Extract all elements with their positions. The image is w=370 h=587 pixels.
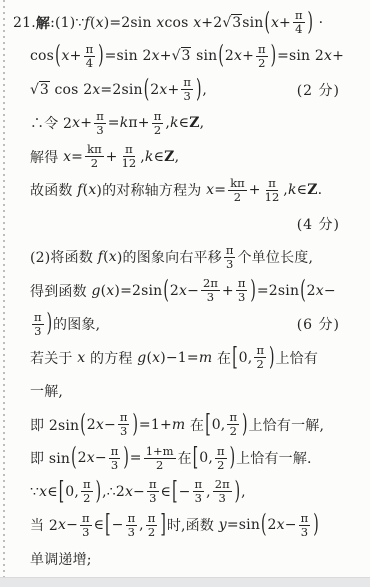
fraction-numerator: π	[109, 445, 121, 459]
math-text: 2	[78, 450, 87, 466]
math-text: 当 2	[30, 515, 58, 535]
stretched-delimiter: [	[104, 511, 111, 540]
fraction: π2	[227, 411, 239, 438]
math-text: 时,函数	[167, 515, 219, 535]
stretched-delimiter: )	[241, 410, 248, 439]
stretched-delimiter: (	[162, 276, 169, 305]
math-variable: x	[88, 182, 96, 198]
math-bold-text: Z	[189, 115, 199, 131]
math-text: 2	[170, 283, 179, 299]
fraction: π3	[32, 311, 44, 338]
math-variable: x	[271, 15, 279, 31]
fraction: π3	[224, 244, 236, 271]
math-text: )−1=	[160, 350, 199, 366]
math-text: 上恰有一解.	[236, 448, 312, 468]
math-text: +2	[201, 15, 222, 31]
stretched-delimiter: ]	[159, 511, 166, 540]
fraction-numerator: π	[126, 512, 138, 526]
fraction: 2π3	[213, 478, 232, 505]
math-variable: x	[96, 417, 104, 433]
stretched-delimiter: )	[312, 511, 319, 540]
math-text: π+	[128, 115, 149, 131]
stretched-delimiter: )	[95, 477, 102, 506]
fraction: π3	[299, 512, 311, 539]
math-line: 即 2sin(2x−π3)=1+m 在[0,π2)上恰有一解,	[30, 408, 366, 442]
fraction: π3	[94, 110, 106, 137]
math-text: 0,	[239, 350, 253, 366]
stretched-delimiter: )	[46, 310, 53, 339]
math-variable: g	[91, 283, 100, 299]
page-edge-perforation	[3, 0, 5, 578]
math-text: 故函数	[30, 180, 77, 200]
math-line: π3)的图象,(6 分)	[30, 308, 366, 342]
solution-lines: 21.解:(1)∵f(x)=2sin xcos x+2√3sin(x+π4) ·…	[13, 6, 366, 576]
math-text: =	[71, 149, 83, 165]
stretched-delimiter: (	[299, 276, 306, 305]
math-text: 21.	[13, 15, 36, 31]
fraction-numerator: kπ	[228, 177, 247, 191]
math-variable: x	[193, 15, 201, 31]
math-text: (2)将函数	[30, 247, 98, 267]
fraction: 1+m2	[144, 445, 176, 472]
fraction-denominator: 3	[126, 526, 137, 539]
math-text: )的图象向右平移	[117, 247, 222, 267]
math-text: +	[167, 82, 179, 98]
math-text: +	[70, 48, 82, 64]
math-line: 一解,	[30, 375, 366, 409]
radicand: 3	[231, 14, 242, 31]
stretched-delimiter: (	[260, 511, 267, 540]
fraction-denominator: 3	[299, 526, 310, 539]
math-text: ∈	[161, 484, 172, 500]
math-variable: x	[106, 283, 114, 299]
math-variable: y	[219, 517, 227, 533]
fraction-numerator: π	[256, 43, 268, 57]
fraction: π3	[109, 445, 121, 472]
math-text: ∵	[30, 484, 39, 500]
fraction: π2	[256, 43, 268, 70]
fraction-denominator: 3	[94, 124, 105, 137]
fraction-denominator: 2	[146, 526, 157, 539]
score-marker: (2 分)	[297, 80, 340, 100]
fraction-denominator: 2	[154, 459, 165, 472]
math-line: (4 分)	[30, 207, 366, 241]
fraction-numerator: π	[181, 76, 193, 90]
math-line: ∵x∈[0,π2),∴2x−π3∈[−π3,2π3),	[30, 475, 366, 509]
math-text: −	[285, 517, 297, 533]
fraction: 2π3	[201, 277, 220, 304]
math-variable: x	[39, 484, 47, 500]
math-text: 0,	[199, 450, 213, 466]
stretched-delimiter: )	[270, 42, 277, 71]
fraction-numerator: π	[236, 277, 248, 291]
math-line: 解得 x=kπ2+π12,k∈Z,	[30, 140, 366, 174]
math-text: =sin	[227, 517, 260, 533]
stretched-delimiter: [	[192, 444, 199, 473]
fraction-numerator: π	[193, 478, 205, 492]
math-text: 解得	[30, 147, 63, 167]
stretched-delimiter: )	[131, 410, 138, 439]
math-variable: m	[199, 350, 212, 366]
fraction: π12	[120, 143, 139, 170]
math-text: 即 2sin	[30, 415, 79, 435]
math-line: (2)将函数 f(x)的图象向右平移π3个单位长度,	[30, 241, 366, 275]
math-line: 当 2x−π3∈[−π3,π2]时,函数 y=sin(2x−π3)	[30, 509, 366, 543]
math-text: −	[324, 283, 336, 299]
solution-document: 21.解:(1)∵f(x)=2sin xcos x+2√3sin(x+π4) ·…	[13, 6, 366, 576]
math-text: 0,	[65, 484, 79, 500]
fraction-denominator: 3	[32, 325, 43, 338]
math-text: −	[66, 517, 78, 533]
fraction-denominator: 2	[255, 358, 266, 371]
fraction-denominator: 3	[147, 492, 158, 505]
math-text: 得到函数	[30, 281, 91, 301]
stretched-delimiter: [	[204, 410, 211, 439]
fraction-denominator: 2	[228, 425, 239, 438]
fraction-denominator: 3	[205, 291, 216, 304]
fraction-denominator: 3	[193, 492, 204, 505]
math-text: =2sin	[257, 283, 299, 299]
math-bold-text: Z	[164, 149, 174, 165]
math-variable: x	[125, 484, 133, 500]
square-root: √3	[30, 82, 50, 98]
math-text: ,	[139, 517, 144, 533]
math-variable: x	[156, 15, 164, 31]
fraction-denominator: 2	[81, 492, 92, 505]
fraction: π2	[254, 344, 266, 371]
fraction-denominator: 3	[217, 492, 228, 505]
fraction: π2	[215, 445, 227, 472]
fraction: π12	[263, 177, 282, 204]
fraction-denominator: 12	[263, 191, 282, 204]
fraction: π3	[147, 478, 159, 505]
math-text: ,	[206, 484, 211, 500]
fraction: kπ2	[85, 143, 104, 170]
math-text: 在	[178, 448, 192, 468]
stretched-delimiter: )	[234, 477, 241, 506]
fraction: π3	[181, 76, 193, 103]
math-text: −	[95, 450, 107, 466]
math-variable: x	[77, 350, 85, 366]
fraction-denominator: 2	[215, 459, 226, 472]
math-text: 上恰有	[275, 348, 318, 368]
stretched-delimiter: (	[70, 444, 77, 473]
math-text: )=2sin	[104, 15, 157, 31]
math-text: ∈	[154, 149, 165, 165]
math-text: −	[104, 417, 116, 433]
math-variable: x	[72, 115, 80, 131]
math-line: ∴令 2x+π3=kπ+π2,k∈Z,	[30, 107, 366, 141]
math-text: 个单位长度,	[237, 247, 313, 267]
fraction-numerator: π	[146, 512, 158, 526]
math-text: +	[279, 15, 291, 31]
fraction-denominator: 3	[80, 526, 91, 539]
math-variable: x	[277, 517, 285, 533]
math-variable: k	[145, 149, 154, 165]
fraction: π3	[118, 411, 130, 438]
math-text: +	[242, 48, 254, 64]
math-variable: x	[316, 283, 324, 299]
fraction-denominator: 3	[224, 258, 235, 271]
math-text: 上恰有一解,	[248, 415, 324, 435]
math-text: 单调递增;	[30, 549, 92, 569]
stretched-delimiter: (	[217, 42, 224, 71]
math-text: =2sin	[100, 82, 142, 98]
math-line: 得到函数 g(x)=2sin(2x−2π3+π3)=2sin(2x−	[30, 274, 366, 308]
fraction-numerator: π	[224, 244, 236, 258]
fraction-denominator: 3	[118, 425, 129, 438]
math-text: 的图象,	[53, 314, 100, 334]
square-root: √3	[172, 48, 192, 64]
fraction-numerator: π	[84, 43, 96, 57]
stretched-delimiter: )	[249, 276, 256, 305]
math-text: ,	[241, 484, 246, 500]
fraction-numerator: π	[215, 445, 227, 459]
math-variable: x	[179, 283, 187, 299]
math-variable: g	[137, 350, 146, 366]
fraction: π3	[236, 277, 248, 304]
math-variable: x	[92, 82, 100, 98]
math-text: cos	[164, 15, 193, 31]
fraction: π2	[152, 110, 164, 137]
math-text: 0,	[212, 417, 226, 433]
math-text: sin	[242, 15, 263, 31]
math-variable: k	[288, 182, 297, 198]
math-text: ∈	[47, 484, 58, 500]
math-text: +	[332, 48, 344, 64]
math-line: 若关于 x 的方程 g(x)−1=m 在[0,π2)上恰有	[30, 341, 366, 375]
math-text: 在	[185, 415, 204, 435]
fraction-numerator: 1+m	[144, 445, 176, 459]
fraction-denominator: 4	[293, 23, 304, 36]
math-variable: x	[324, 48, 332, 64]
score-marker: (6 分)	[297, 314, 340, 334]
math-text: ,	[202, 82, 207, 98]
math-text: ,	[175, 149, 180, 165]
fraction: kπ2	[228, 177, 247, 204]
stretched-delimiter: )	[97, 42, 104, 71]
math-variable: m	[172, 417, 185, 433]
fraction-denominator: 3	[109, 459, 120, 472]
math-variable: x	[62, 48, 70, 64]
fraction-denominator: 2	[232, 191, 243, 204]
math-variable: k	[120, 115, 129, 131]
math-text: 2	[268, 517, 277, 533]
math-text: −	[112, 517, 124, 533]
math-variable: x	[206, 182, 214, 198]
stretched-delimiter: )	[122, 444, 129, 473]
math-text: 2	[225, 48, 234, 64]
math-text: 的方程	[85, 348, 137, 368]
math-bold-text: Z	[307, 182, 317, 198]
scan-bottom-band	[0, 577, 370, 587]
math-variable: x	[58, 517, 66, 533]
math-text: +	[106, 149, 118, 165]
stretched-delimiter: [	[171, 477, 178, 506]
stretched-delimiter: [	[58, 477, 65, 506]
math-line: cos(x+π4)=sin 2x+√3 sin(2x+π2)=sin 2x+	[30, 40, 366, 74]
math-text: 2	[307, 283, 316, 299]
stretched-delimiter: )	[307, 8, 314, 37]
math-text: 2	[150, 82, 159, 98]
math-text: )=2sin	[114, 283, 162, 299]
fraction-denominator: 12	[120, 157, 139, 170]
math-text: +	[249, 182, 261, 198]
square-root: √3	[222, 15, 242, 31]
fraction: π2	[146, 512, 158, 539]
fraction-numerator: π	[293, 9, 305, 23]
math-text: =	[214, 182, 226, 198]
fraction-numerator: π	[118, 411, 130, 425]
math-text: =	[108, 115, 120, 131]
stretched-delimiter: )	[268, 343, 275, 372]
fraction-numerator: π	[80, 512, 92, 526]
math-text: ,	[200, 115, 205, 131]
fraction-numerator: π	[32, 311, 44, 325]
math-text: +	[80, 115, 92, 131]
math-text: cos	[30, 48, 54, 64]
math-text: .	[318, 182, 323, 198]
math-variable: x	[234, 48, 242, 64]
fraction-numerator: π	[123, 143, 135, 157]
math-text: )的对称轴方程为	[96, 180, 206, 200]
scanned-page: 21.解:(1)∵f(x)=2sin xcos x+2√3sin(x+π4) ·…	[0, 0, 370, 587]
fraction: π3	[193, 478, 205, 505]
fraction-numerator: π	[299, 512, 311, 526]
math-variable: x	[87, 450, 95, 466]
fraction-numerator: π	[81, 478, 93, 492]
math-text: 在	[212, 348, 231, 368]
math-text: =	[130, 450, 142, 466]
math-variable: x	[63, 149, 71, 165]
math-text: ∴令 2	[30, 113, 72, 133]
fraction: π2	[81, 478, 93, 505]
math-text: ∈	[94, 517, 105, 533]
fraction-numerator: π	[254, 344, 266, 358]
fraction: π3	[126, 512, 138, 539]
math-text: −	[133, 484, 145, 500]
stretched-delimiter: (	[263, 8, 270, 37]
math-text: ,∴2	[102, 484, 125, 500]
math-text: =sin 2	[277, 48, 324, 64]
math-text: =sin 2	[105, 48, 152, 64]
math-variable: x	[159, 82, 167, 98]
fraction-numerator: π	[147, 478, 159, 492]
fraction-numerator: π	[227, 411, 239, 425]
stretched-delimiter: [	[231, 343, 238, 372]
fraction-denominator: 4	[84, 57, 95, 70]
radicand: 3	[39, 81, 50, 98]
math-text: ·	[314, 15, 323, 31]
math-line: 即 sin(2x−π3)=1+m2在[0,π2)上恰有一解.	[30, 442, 366, 476]
score-marker: (4 分)	[297, 214, 340, 234]
math-text: +	[222, 283, 234, 299]
fraction-denominator: 2	[256, 57, 267, 70]
fraction-denominator: 2	[89, 157, 100, 170]
radicand: 3	[181, 47, 192, 64]
math-line: √3 cos 2x=2sin(2x+π3),(2 分)	[30, 73, 366, 107]
math-text: sin	[191, 48, 217, 64]
math-variable: x	[96, 15, 104, 31]
fraction-numerator: kπ	[85, 143, 104, 157]
math-text: 一解,	[30, 381, 63, 401]
stretched-delimiter: (	[54, 42, 61, 71]
stretched-delimiter: )	[195, 75, 202, 104]
fraction-denominator: 2	[152, 124, 163, 137]
math-line: 21.解:(1)∵f(x)=2sin xcos x+2√3sin(x+π4) ·	[13, 6, 366, 40]
stretched-delimiter: )	[229, 444, 236, 473]
math-bold-text: 解	[36, 13, 50, 33]
fraction-numerator: π	[94, 110, 106, 124]
math-variable: x	[109, 249, 117, 265]
math-text: −	[179, 484, 191, 500]
math-text: 2	[87, 417, 96, 433]
math-text: ∈	[179, 115, 190, 131]
math-variable: x	[152, 350, 160, 366]
math-line: 故函数 f(x)的对称轴方程为 x=kπ2+π12,k∈Z.	[30, 174, 366, 208]
math-text: −	[187, 283, 199, 299]
math-text: cos 2	[50, 82, 92, 98]
fraction-numerator: 2π	[201, 277, 220, 291]
fraction-denominator: 3	[236, 291, 247, 304]
fraction-numerator: 2π	[213, 478, 232, 492]
math-text: 若关于	[30, 348, 77, 368]
math-text: ∈	[297, 182, 308, 198]
fraction: π4	[293, 9, 305, 36]
stretched-delimiter: (	[79, 410, 86, 439]
fraction-denominator: 3	[181, 90, 192, 103]
fraction-numerator: π	[152, 110, 164, 124]
math-variable: k	[170, 115, 179, 131]
fraction-numerator: π	[266, 177, 278, 191]
fraction: π3	[80, 512, 92, 539]
math-text: :(1)∵	[50, 15, 84, 31]
stretched-delimiter: (	[143, 75, 150, 104]
math-text: 即 sin	[30, 448, 70, 468]
math-text: +	[160, 48, 172, 64]
fraction: π4	[84, 43, 96, 70]
math-line: 单调递增;	[30, 542, 366, 576]
math-variable: x	[152, 48, 160, 64]
math-text: =1+	[139, 417, 172, 433]
